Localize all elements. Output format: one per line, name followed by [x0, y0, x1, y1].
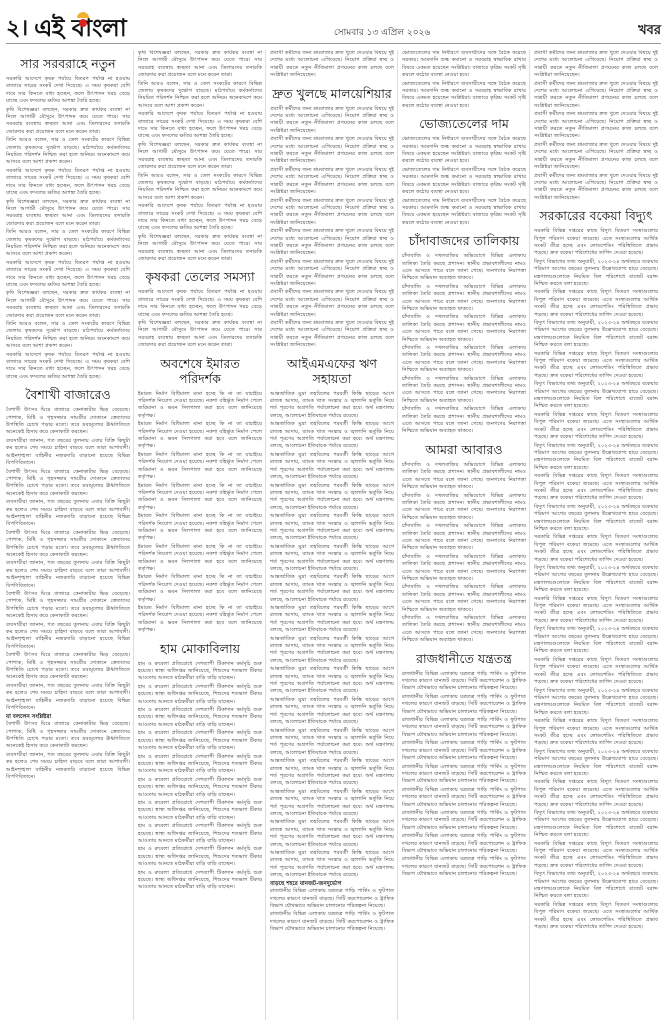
article-paragraph: হাম ও রুবেলা প্রতিরোধে দেশব্যাপী টিকাদান… [138, 823, 262, 845]
article-paragraph: বিদ্যুৎ বিভাগের তথ্য অনুযায়ী, ২০২৩-২৪ অ… [534, 565, 658, 595]
column-3: প্রবাসী কর্মীদের জন্য শ্রমবাজার দ্রুত খু… [270, 50, 398, 1020]
article-paragraph: বৈশাখী উৎসব ঘিরে বাজারে কেনাকাটার ভিড় ব… [6, 530, 130, 560]
article-paragraph: রাজধানীর বিভিন্ন এলাকায় যত্রতত্র গাড়ি … [402, 810, 526, 832]
article-paragraph: বৈশাখী উৎসব ঘিরে বাজারে কেনাকাটার ভিড় ব… [6, 591, 130, 621]
article-paragraph: ভোজ্যতেলের দাম নির্ধারণে ব্যবসায়ীদের সঙ… [402, 198, 526, 228]
article-paragraph: হাম ও রুবেলা প্রতিরোধে দেশব্যাপী টিকাদান… [138, 870, 262, 892]
article-paragraph: সরকারি বিভিন্ন দপ্তরের কাছে বিদ্যুৎ বিতর… [534, 841, 658, 871]
article-paragraph: ব্যবসায়ীরা জানান, গত বছরের তুলনায় এবার… [6, 752, 130, 782]
issue-date: সোমবার ১৩ এপ্রিল ২০২৬ [126, 27, 638, 39]
article-paragraph: বৈশাখী উৎসব ঘিরে বাজারে কেনাকাটার ভিড় ব… [6, 721, 130, 751]
article-paragraph: চাঁদাবাজি ও দখলবাজির অভিযোগে বিভিন্ন এলা… [402, 523, 526, 553]
page-number: ২। [6, 17, 28, 39]
article-paragraph: বৈশাখী উৎসব ঘিরে বাজারে কেনাকাটার ভিড় ব… [6, 407, 130, 437]
article-paragraph: বৈশাখী উৎসব ঘিরে বাজারে কেনাকাটার ভিড় ব… [6, 652, 130, 682]
article-paragraph: রাজধানীর বিভিন্ন এলাকায় যত্রতত্র গাড়ি … [402, 764, 526, 786]
headline: সার সরবরাহে নতুন [6, 56, 130, 71]
article-paragraph: তিনি আরও বলেন, সার ও তেল সংকটের কারণে বি… [6, 137, 130, 167]
article-paragraph: হাম ও রুবেলা প্রতিরোধে দেশব্যাপী টিকাদান… [138, 661, 262, 683]
article-paragraph: চাঁদাবাজি ও দখলবাজির অভিযোগে বিভিন্ন এলা… [402, 376, 526, 406]
article-paragraph: হাম ও রুবেলা প্রতিরোধে দেশব্যাপী টিকাদান… [138, 800, 262, 822]
column-5: প্রবাসী কর্মীদের জন্য শ্রমবাজার দ্রুত খু… [534, 50, 661, 1020]
headline: দ্রুত খুলছে মালয়েশিয়ার [270, 86, 394, 101]
article-paragraph: চাঁদাবাজি ও দখলবাজির অভিযোগে বিভিন্ন এলা… [402, 314, 526, 344]
article-paragraph: কৃষি বিশেষজ্ঞরা বলছেন, সরকার দ্রুত কার্য… [138, 234, 262, 264]
article-paragraph: হাম ও রুবেলা প্রতিরোধে দেশব্যাপী টিকাদান… [138, 684, 262, 706]
article-paragraph: ব্যবসায়ীরা জানান, গত বছরের তুলনায় এবার… [6, 499, 130, 529]
article-paragraph: প্রবাসী কর্মীদের জন্য শ্রমবাজার দ্রুত খু… [270, 136, 394, 166]
article-paragraph: সরকারি বিভিন্ন দপ্তরের কাছে বিদ্যুৎ বিতর… [534, 779, 658, 809]
article-paragraph: রাজধানীর বিভিন্ন এলাকায় যত্রতত্র গাড়ি … [402, 787, 526, 809]
article-paragraph: সরকারি বিভিন্ন দপ্তরের কাছে বিদ্যুৎ বিতর… [534, 228, 658, 258]
article-paragraph: প্রবাসী কর্মীদের জন্য শ্রমবাজার দ্রুত খু… [270, 228, 394, 258]
article-paragraph: কৃষি বিশেষজ্ঞরা বলছেন, সরকার দ্রুত কার্য… [6, 107, 130, 137]
article-paragraph: ইমারত নির্মাণ বিধিমালা মানা হচ্ছে কি না … [138, 605, 262, 635]
article-paragraph: চাঁদাবাজি ও দখলবাজির অভিযোগে বিভিন্ন এলা… [402, 284, 526, 314]
article-paragraph: বিদ্যুৎ বিভাগের তথ্য অনুযায়ী, ২০২৩-২৪ অ… [534, 749, 658, 779]
article-paragraph: প্রবাসী কর্মীদের জন্য শ্রমবাজার দ্রুত খু… [534, 50, 658, 80]
article-paragraph: বিদ্যুৎ বিভাগের তথ্য অনুযায়ী, ২০২৩-২৪ অ… [534, 504, 658, 534]
subheading: যা বললেন সংশ্লিষ্টরা [6, 714, 130, 722]
column-4: ভোজ্যতেলের দাম নির্ধারণে ব্যবসায়ীদের সঙ… [402, 50, 530, 1020]
article-paragraph: বিদ্যুৎ বিভাগের তথ্য অনুযায়ী, ২০২৩-২৪ অ… [534, 871, 658, 901]
article-paragraph: আন্তর্জাতিক মুদ্রা তহবিলের পরবর্তী কিস্ত… [270, 513, 394, 543]
article-paragraph: তিনি আরও বলেন, সার ও তেল সংকটের কারণে বি… [138, 81, 262, 111]
article-paragraph: আন্তর্জাতিক মুদ্রা তহবিলের পরবর্তী কিস্ত… [270, 819, 394, 849]
article-paragraph: কৃষি বিশেষজ্ঞরা বলছেন, সরকার দ্রুত কার্য… [138, 320, 262, 350]
article-paragraph: আন্তর্জাতিক মুদ্রা তহবিলের পরবর্তী কিস্ত… [270, 697, 394, 727]
article-paragraph: ইমারত নির্মাণ বিধিমালা মানা হচ্ছে কি না … [138, 483, 262, 513]
article-paragraph: হাম ও রুবেলা প্রতিরোধে দেশব্যাপী টিকাদান… [138, 707, 262, 729]
article-paragraph: সরকারি বিভিন্ন দপ্তরের কাছে বিদ্যুৎ বিতর… [534, 289, 658, 319]
headline: আমরা আবারও [402, 442, 526, 457]
article-paragraph: কৃষি বিশেষজ্ঞরা বলছেন, সরকার দ্রুত কার্য… [6, 199, 130, 229]
article-paragraph: তিনি আরও বলেন, সার ও তেল সংকটের কারণে বি… [138, 173, 262, 203]
article-paragraph: ভোজ্যতেলের দাম নির্ধারণে ব্যবসায়ীদের সঙ… [402, 167, 526, 197]
article-paragraph: কৃষি বিশেষজ্ঞরা বলছেন, সরকার দ্রুত কার্য… [138, 50, 262, 80]
article-paragraph: আন্তর্জাতিক মুদ্রা তহবিলের পরবর্তী কিস্ত… [270, 452, 394, 482]
article-paragraph: চাঁদাবাজি ও দখলবাজির অভিযোগে বিভিন্ন এলা… [402, 493, 526, 523]
article-paragraph: আন্তর্জাতিক মুদ্রা তহবিলের পরবর্তী কিস্ত… [270, 574, 394, 604]
article-paragraph: বিদ্যুৎ বিভাগের তথ্য অনুযায়ী, ২০২৩-২৪ অ… [534, 443, 658, 473]
newspaper-logo: এই বাংলা [34, 17, 126, 39]
article-paragraph: ইমারত নির্মাণ বিধিমালা মানা হচ্ছে কি না … [138, 391, 262, 421]
article-paragraph: প্রবাসী কর্মীদের জন্য শ্রমবাজার দ্রুত খু… [534, 81, 658, 111]
headline: ভোজ্যতেলের দাম [402, 116, 526, 131]
article-paragraph: রাজধানীর বিভিন্ন এলাকায় যত্রতত্র গাড়ি … [402, 856, 526, 878]
article-paragraph: সরকারি বিভিন্ন দপ্তরের কাছে বিদ্যুৎ বিতর… [534, 351, 658, 381]
article-paragraph: রাজধানীর বিভিন্ন এলাকায় যত্রতত্র গাড়ি … [402, 833, 526, 855]
column-1: সার সরবরাহে নতুন সরকারি আদেশে কৃষক পর্যা… [6, 50, 134, 1020]
article-paragraph: আন্তর্জাতিক মুদ্রা তহবিলের পরবর্তী কিস্ত… [270, 850, 394, 880]
article-paragraph: সরকারি আদেশে কৃষক পর্যায়ে বিতরণ পর্যাপ্… [6, 168, 130, 198]
article-paragraph: সরকারি বিভিন্ন দপ্তরের কাছে বিদ্যুৎ বিতর… [534, 657, 658, 687]
article-paragraph: সরকারি বিভিন্ন দপ্তরের কাছে বিদ্যুৎ বিতর… [534, 473, 658, 503]
sun-icon [77, 12, 89, 18]
article-paragraph: ভোজ্যতেলের দাম নির্ধারণে ব্যবসায়ীদের সঙ… [402, 81, 526, 111]
article-paragraph: চাঁদাবাজি ও দখলবাজির অভিযোগে বিভিন্ন এলা… [402, 345, 526, 375]
article-paragraph: চাঁদাবাজি ও দখলবাজির অভিযোগে বিভিন্ন এলা… [402, 615, 526, 645]
article-paragraph: চাঁদাবাজি ও দখলবাজির অভিযোগে বিভিন্ন এলা… [402, 462, 526, 492]
article-paragraph: বিদ্যুৎ বিভাগের তথ্য অনুযায়ী, ২০২৩-২৪ অ… [534, 688, 658, 718]
article-paragraph: আন্তর্জাতিক মুদ্রা তহবিলের পরবর্তী কিস্ত… [270, 758, 394, 788]
article-paragraph: ব্যবসায়ীরা জানান, গত বছরের তুলনায় এবার… [6, 683, 130, 713]
article-paragraph: আন্তর্জাতিক মুদ্রা তহবিলের পরবর্তী কিস্ত… [270, 421, 394, 451]
article-paragraph: চাঁদাবাজি ও দখলবাজির অভিযোগে বিভিন্ন এলা… [402, 406, 526, 436]
article-paragraph: প্রবাসী কর্মীদের জন্য শ্রমবাজার দ্রুত খু… [270, 259, 394, 289]
section-title: খবর [638, 23, 661, 39]
article-paragraph: বিদ্যুৎ বিভাগের তথ্য অনুযায়ী, ২০২৩-২৪ অ… [534, 259, 658, 289]
article-paragraph: চাঁদাবাজি ও দখলবাজির অভিযোগে বিভিন্ন এলা… [402, 584, 526, 614]
headline: অবশেষে ইমারত পরিদর্শক [138, 356, 262, 386]
headline: রাজধানীতে যন্ত্রতন্ত্র [402, 651, 526, 666]
article-paragraph: তিনি আরও বলেন, সার ও তেল সংকটের কারণে বি… [6, 321, 130, 351]
article-paragraph: রাজধানীর বিভিন্ন এলাকায় যত্রতত্র গাড়ি … [402, 717, 526, 739]
headline: চাঁদাবাজদের তালিকায় [402, 233, 526, 248]
article-paragraph: আন্তর্জাতিক মুদ্রা তহবিলের পরবর্তী কিস্ত… [270, 544, 394, 574]
article-paragraph: হাম ও রুবেলা প্রতিরোধে দেশব্যাপী টিকাদান… [138, 730, 262, 752]
article-paragraph: সরকারি আদেশে কৃষক পর্যায়ে বিতরণ পর্যাপ্… [138, 111, 262, 141]
article-paragraph: বিদ্যুৎ বিভাগের তথ্য অনুযায়ী, ২০২৩-২৪ অ… [534, 320, 658, 350]
headline: বৈশাখী বাজারেও [6, 387, 130, 402]
article-paragraph: বিদ্যুৎ বিভাগের তথ্য অনুযায়ী, ২০২৩-২৪ অ… [534, 626, 658, 656]
article-paragraph: কৃষি বিশেষজ্ঞরা বলছেন, সরকার দ্রুত কার্য… [138, 142, 262, 172]
article-paragraph: হাম ও রুবেলা প্রতিরোধে দেশব্যাপী টিকাদান… [138, 777, 262, 799]
article-paragraph: রাজধানীর বিভিন্ন এলাকায় যত্রতত্র গাড়ি … [270, 888, 394, 910]
article-paragraph: আন্তর্জাতিক মুদ্রা তহবিলের পরবর্তী কিস্ত… [270, 728, 394, 758]
article-paragraph: প্রবাসী কর্মীদের জন্য শ্রমবাজার দ্রুত খু… [270, 106, 394, 136]
article-paragraph: ব্যবসায়ীরা জানান, গত বছরের তুলনায় এবার… [6, 438, 130, 468]
article-paragraph: হাম ও রুবেলা প্রতিরোধে দেশব্যাপী টিকাদান… [138, 754, 262, 776]
headline: হাম মোকাবিলায় [138, 641, 262, 656]
article-paragraph: হাম ও রুবেলা প্রতিরোধে দেশব্যাপী টিকাদান… [138, 846, 262, 868]
article-paragraph: রাজধানীর বিভিন্ন এলাকায় যত্রতত্র গাড়ি … [402, 740, 526, 762]
article-paragraph: কৃষি বিশেষজ্ঞরা বলছেন, সরকার দ্রুত কার্য… [6, 290, 130, 320]
article-paragraph: সরকারি আদেশে কৃষক পর্যায়ে বিতরণ পর্যাপ্… [138, 289, 262, 319]
article-paragraph: আন্তর্জাতিক মুদ্রা তহবিলের পরবর্তী কিস্ত… [270, 605, 394, 635]
article-paragraph: প্রবাসী কর্মীদের জন্য শ্রমবাজার দ্রুত খু… [534, 142, 658, 172]
article-paragraph: প্রবাসী কর্মীদের জন্য শ্রমবাজার দ্রুত খু… [270, 50, 394, 80]
column-2: কৃষি বিশেষজ্ঞরা বলছেন, সরকার দ্রুত কার্য… [138, 50, 266, 1020]
headline: আইএমএফের ঋণ সহায়তা [270, 356, 394, 386]
article-paragraph: ইমারত নির্মাণ বিধিমালা মানা হচ্ছে কি না … [138, 574, 262, 604]
newspaper-page: ২। এই বাংলা সোমবার ১৩ এপ্রিল ২০২৬ খবর সা… [0, 0, 667, 1024]
article-paragraph: চাঁদাবাজি ও দখলবাজির অভিযোগে বিভিন্ন এলা… [402, 253, 526, 283]
article-paragraph: সরকারি আদেশে কৃষক পর্যায়ে বিতরণ পর্যাপ্… [6, 352, 130, 382]
article-paragraph: ইমারত নির্মাণ বিধিমালা মানা হচ্ছে কি না … [138, 452, 262, 482]
article-paragraph: ব্যবসায়ীরা জানান, গত বছরের তুলনায় এবার… [6, 560, 130, 590]
article-paragraph: সরকারি আদেশে কৃষক পর্যায়ে বিতরণ পর্যাপ্… [6, 260, 130, 290]
article-paragraph: সরকারি আদেশে কৃষক পর্যায়ে বিতরণ পর্যাপ্… [138, 203, 262, 233]
article-paragraph: বৈশাখী উৎসব ঘিরে বাজারে কেনাকাটার ভিড় ব… [6, 469, 130, 499]
article-paragraph: আন্তর্জাতিক মুদ্রা তহবিলের পরবর্তী কিস্ত… [270, 391, 394, 421]
article-paragraph: তিনি আরও বলেন, সার ও তেল সংকটের কারণে বি… [6, 229, 130, 259]
article-paragraph: রাজধানীর বিভিন্ন এলাকায় যত্রতত্র গাড়ি … [402, 671, 526, 693]
article-paragraph: প্রবাসী কর্মীদের জন্য শ্রমবাজার দ্রুত খু… [534, 173, 658, 203]
article-paragraph: ভোজ্যতেলের দাম নির্ধারণে ব্যবসায়ীদের সঙ… [402, 136, 526, 166]
article-paragraph: প্রবাসী কর্মীদের জন্য শ্রমবাজার দ্রুত খু… [270, 320, 394, 350]
article-paragraph: আন্তর্জাতিক মুদ্রা তহবিলের পরবর্তী কিস্ত… [270, 483, 394, 513]
article-paragraph: চাঁদাবাজি ও দখলবাজির অভিযোগে বিভিন্ন এলা… [402, 554, 526, 584]
article-paragraph: আন্তর্জাতিক মুদ্রা তহবিলের পরবর্তী কিস্ত… [270, 636, 394, 666]
headline: কৃষকরা তেলের সমস্যা [138, 269, 262, 284]
article-paragraph: ইমারত নির্মাণ বিধিমালা মানা হচ্ছে কি না … [138, 544, 262, 574]
article-paragraph: ব্যবসায়ীরা জানান, গত বছরের তুলনায় এবার… [6, 622, 130, 652]
article-paragraph: প্রবাসী কর্মীদের জন্য শ্রমবাজার দ্রুত খু… [270, 198, 394, 228]
article-paragraph: ইমারত নির্মাণ বিধিমালা মানা হচ্ছে কি না … [138, 421, 262, 451]
article-paragraph: রাজধানীর বিভিন্ন এলাকায় যত্রতত্র গাড়ি … [270, 911, 394, 933]
article-paragraph: সরকারি বিভিন্ন দপ্তরের কাছে বিদ্যুৎ বিতর… [534, 718, 658, 748]
article-paragraph: বিদ্যুৎ বিভাগের তথ্য অনুযায়ী, ২০২৩-২৪ অ… [534, 381, 658, 411]
article-paragraph: বিদ্যুৎ বিভাগের তথ্য অনুযায়ী, ২০২৩-২৪ অ… [534, 810, 658, 840]
masthead: ২। এই বাংলা সোমবার ১৩ এপ্রিল ২০২৬ খবর [6, 18, 661, 44]
article-paragraph: ভোজ্যতেলের দাম নির্ধারণে ব্যবসায়ীদের সঙ… [402, 50, 526, 80]
headline: সরকারের বকেয়া বিদ্যুৎ [534, 208, 658, 223]
article-paragraph: রাজধানীর বিভিন্ন এলাকায় যত্রতত্র গাড়ি … [402, 694, 526, 716]
article-columns: সার সরবরাহে নতুন সরকারি আদেশে কৃষক পর্যা… [6, 50, 661, 1020]
article-paragraph: ইমারত নির্মাণ বিধিমালা মানা হচ্ছে কি না … [138, 513, 262, 543]
article-paragraph: সরকারি আদেশে কৃষক পর্যায়ে বিতরণ পর্যাপ্… [6, 76, 130, 106]
article-paragraph: প্রবাসী কর্মীদের জন্য শ্রমবাজার দ্রুত খু… [270, 289, 394, 319]
article-paragraph: সরকারি বিভিন্ন দপ্তরের কাছে বিদ্যুৎ বিতর… [534, 412, 658, 442]
article-paragraph: প্রবাসী কর্মীদের জন্য শ্রমবাজার দ্রুত খু… [534, 111, 658, 141]
article-paragraph: সরকারি বিভিন্ন দপ্তরের কাছে বিদ্যুৎ বিতর… [534, 902, 658, 932]
article-paragraph: আন্তর্জাতিক মুদ্রা তহবিলের পরবর্তী কিস্ত… [270, 789, 394, 819]
article-paragraph: সরকারি বিভিন্ন দপ্তরের কাছে বিদ্যুৎ বিতর… [534, 534, 658, 564]
article-paragraph: প্রবাসী কর্মীদের জন্য শ্রমবাজার দ্রুত খু… [270, 167, 394, 197]
article-paragraph: আন্তর্জাতিক মুদ্রা তহবিলের পরবর্তী কিস্ত… [270, 666, 394, 696]
article-paragraph: সরকারি বিভিন্ন দপ্তরের কাছে বিদ্যুৎ বিতর… [534, 596, 658, 626]
